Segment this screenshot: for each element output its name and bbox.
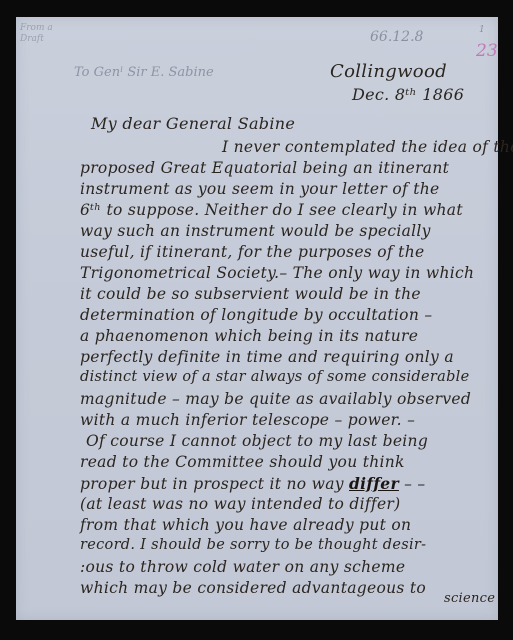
archive-note-line-2: Draft — [20, 34, 53, 45]
catchword: science — [444, 591, 495, 606]
body-line: instrument as you seem in your letter of… — [80, 180, 440, 198]
body-line: with a much inferior telescope – power. … — [80, 411, 415, 429]
body-line: perfectly definite in time and requiring… — [80, 348, 454, 366]
reference-number: 66.12.8 — [370, 29, 423, 45]
body-line: I never contemplated the idea of the — [222, 138, 513, 156]
recipient-note: To Genˡ Sir E. Sabine — [74, 65, 214, 80]
body-line: magnitude – may be quite as availably ob… — [80, 390, 471, 408]
body-line: (at least was no way intended to differ) — [80, 495, 401, 513]
body-line: a phaenomenon which being in its nature — [80, 327, 418, 345]
emphasized-word: differ — [349, 474, 399, 493]
folio-mark: 23 — [476, 41, 498, 61]
archive-note: From a Draft — [20, 23, 53, 45]
letter-place: Collingwood — [330, 61, 447, 82]
body-line: determination of longitude by occultatio… — [80, 306, 432, 324]
letter-page: From a Draft 66.12.8 1 23 To Genˡ Sir E.… — [16, 17, 498, 620]
body-line: proposed Great Equatorial being an itine… — [80, 159, 449, 177]
archive-note-line-1: From a — [20, 23, 53, 34]
body-line: it could be so subservient would be in t… — [80, 285, 421, 303]
body-line: from that which you have already put on — [80, 516, 411, 534]
body-line: record. I should be sorry to be thought … — [80, 537, 426, 553]
body-line: useful, if itinerant, for the purposes o… — [80, 243, 424, 261]
body-line: which may be considered advantageous to — [80, 579, 426, 597]
letter-date: Dec. 8ᵗʰ 1866 — [352, 85, 464, 104]
body-line: Of course I cannot object to my last bei… — [86, 432, 428, 450]
page-number: 1 — [479, 25, 485, 35]
body-line-text: proper but in prospect it no way — [80, 475, 344, 493]
body-line: distinct view of a star always of some c… — [80, 369, 469, 385]
body-line: :ous to throw cold water on any scheme — [80, 558, 405, 576]
body-line: read to the Committee should you think — [80, 453, 405, 471]
emphasis-dashes: – – — [399, 475, 426, 493]
body-line: Trigonometrical Society.– The only way i… — [80, 264, 474, 282]
body-line-with-emphasis: proper but in prospect it no way differ … — [80, 474, 425, 493]
body-line: way such an instrument would be speciall… — [80, 222, 431, 240]
salutation: My dear General Sabine — [91, 114, 295, 133]
body-line: 6ᵗʰ to suppose. Neither do I see clearly… — [80, 201, 463, 219]
